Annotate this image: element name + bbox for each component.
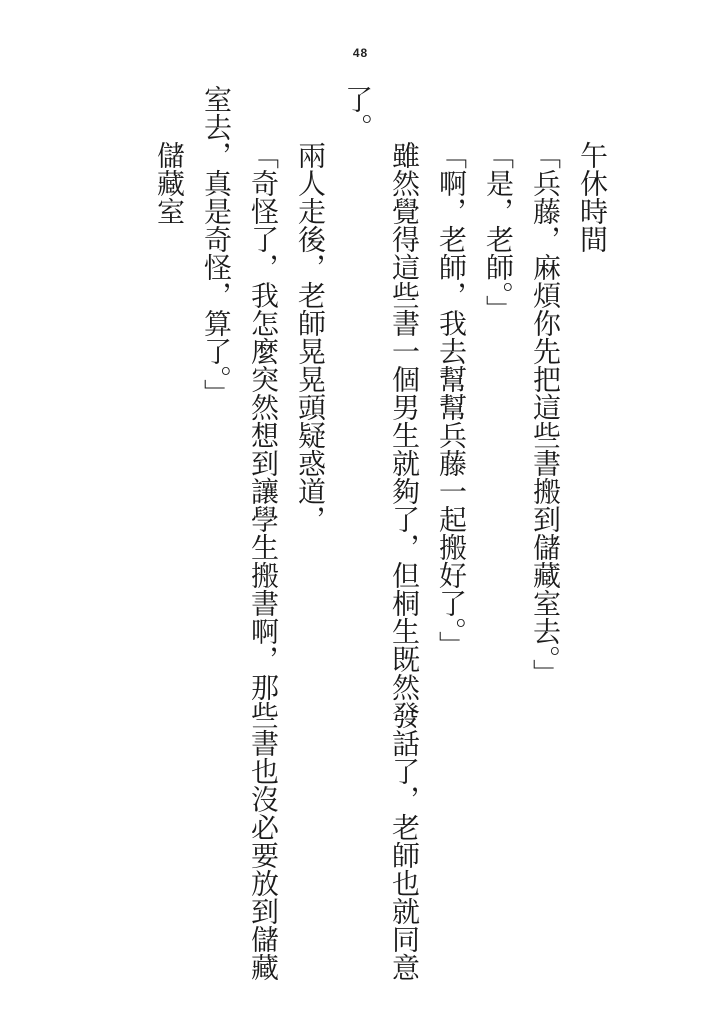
paragraph: 午休時間	[568, 85, 615, 985]
paragraph: 雖然覺得這些書一個男生就夠了，但桐生既然發話了，老師也就同意了。	[333, 85, 427, 985]
paragraph: 兩人走後，老師晃晃頭疑惑道，	[286, 85, 333, 985]
text-line: 儲藏室	[145, 85, 192, 985]
vertical-text-block: 午休時間「兵藤，麻煩你先把這些書搬到儲藏室去。」「是，老師。」「啊，老師，我去幫…	[145, 85, 615, 985]
paragraph: 「啊，老師，我去幫幫兵藤一起搬好了。」	[427, 85, 474, 985]
paragraph: 「兵藤，麻煩你先把這些書搬到儲藏室去。」	[521, 85, 568, 985]
text-line: 「是，老師。」	[474, 85, 521, 985]
paragraph: 「是，老師。」	[474, 85, 521, 985]
text-line: 「啊，老師，我去幫幫兵藤一起搬好了。」	[427, 85, 474, 985]
text-line: 「兵藤，麻煩你先把這些書搬到儲藏室去。」	[521, 85, 568, 985]
text-line: 雖然覺得這些書一個男生就夠了，但桐生既然發話了，老師也就同意	[380, 85, 427, 985]
text-line: 午休時間	[568, 85, 615, 985]
text-line: 室去，真是奇怪，算了。」	[192, 85, 239, 985]
paragraph: 「奇怪了，我怎麼突然想到讓學生搬書啊，那些書也沒必要放到儲藏室去，真是奇怪，算了…	[192, 85, 286, 985]
text-line: 「奇怪了，我怎麼突然想到讓學生搬書啊，那些書也沒必要放到儲藏	[239, 85, 286, 985]
page-number: 48	[0, 46, 721, 60]
book-page: 48 午休時間「兵藤，麻煩你先把這些書搬到儲藏室去。」「是，老師。」「啊，老師，…	[0, 0, 721, 1020]
text-line: 了。	[333, 85, 380, 985]
text-line: 兩人走後，老師晃晃頭疑惑道，	[286, 85, 333, 985]
paragraph: 儲藏室	[145, 85, 192, 985]
